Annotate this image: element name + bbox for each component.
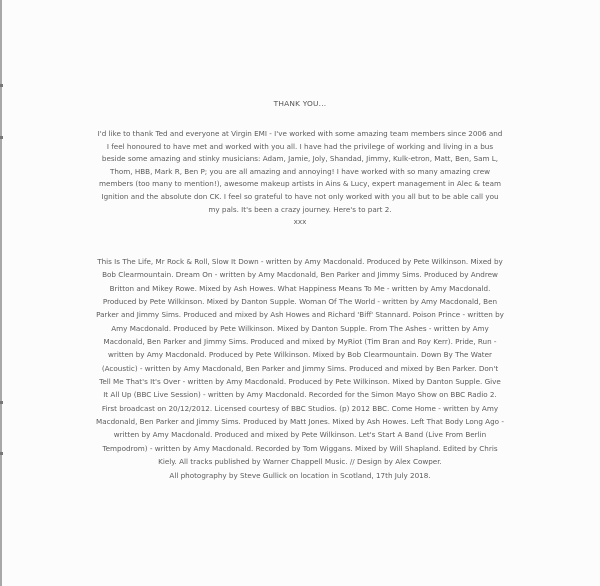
thank-you-heading: THANK YOU... <box>0 99 600 108</box>
credits-paragraph: This Is The Life, Mr Rock & Roll, Slow I… <box>96 255 504 469</box>
edge-mark <box>0 84 3 87</box>
thank-you-paragraph: I'd like to thank Ted and everyone at Vi… <box>96 128 504 216</box>
credits-section: This Is The Life, Mr Rock & Roll, Slow I… <box>96 255 504 482</box>
page-edge-line <box>0 0 2 586</box>
thank-you-signoff: xxx <box>96 216 504 229</box>
edge-mark <box>0 401 3 404</box>
thank-you-section: I'd like to thank Ted and everyone at Vi… <box>96 128 504 229</box>
edge-mark <box>0 452 3 455</box>
edge-mark <box>0 136 3 139</box>
photography-credit: All photography by Steve Gullick on loca… <box>96 469 504 482</box>
